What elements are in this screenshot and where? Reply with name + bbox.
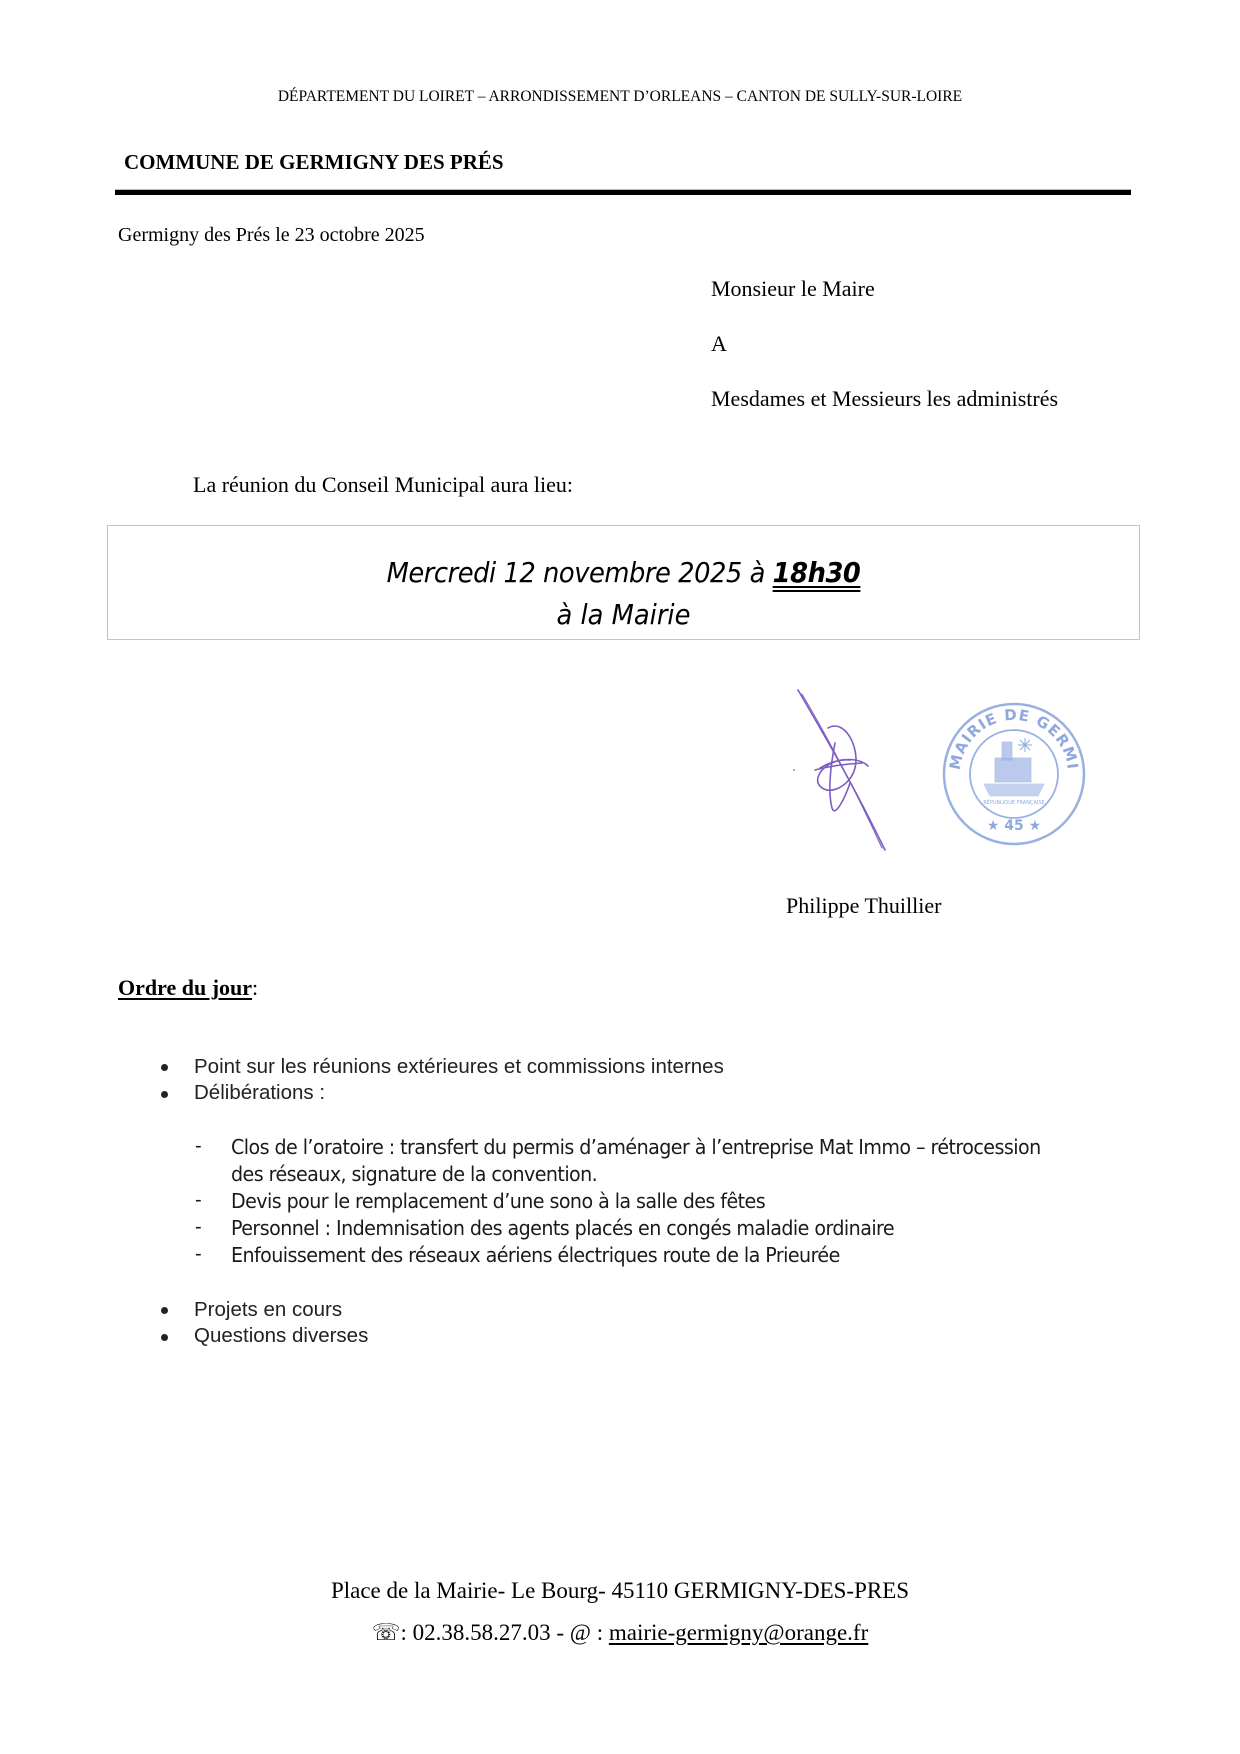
svg-text:RÉPUBLIQUE FRANÇAISE: RÉPUBLIQUE FRANÇAISE	[983, 798, 1044, 806]
dash-icon: -	[195, 1243, 202, 1266]
to-word: A	[711, 331, 727, 357]
dash-icon: -	[195, 1216, 202, 1239]
bullet-icon	[161, 1307, 168, 1314]
header-divider	[115, 189, 1131, 195]
place-date: Germigny des Prés le 23 octobre 2025	[118, 224, 425, 247]
meeting-box: Mercredi 12 novembre 2025 à 18h30 à la M…	[107, 525, 1140, 640]
meeting-time: 18h30	[773, 556, 861, 589]
agenda-heading: Ordre du jour:	[118, 975, 258, 1001]
signature-image	[790, 688, 900, 853]
agenda-title-colon: :	[252, 975, 258, 1000]
commune-title: COMMUNE DE GERMIGNY DES PRÉS	[124, 150, 504, 175]
dash-icon: -	[195, 1135, 202, 1158]
signer-name: Philippe Thuillier	[786, 893, 941, 919]
agenda-item: Délibérations :	[194, 1081, 325, 1105]
phone-icon: ☏	[372, 1620, 401, 1645]
dash-icon: -	[195, 1189, 202, 1212]
footer-contact: ☏: 02.38.58.27.03 - @ : mairie-germigny@…	[0, 1620, 1240, 1646]
agenda-title: Ordre du jour	[118, 975, 252, 1000]
agenda-item: Projets en cours	[194, 1298, 342, 1322]
official-stamp: MAIRIE DE GERMIGNY-des-PRÉS RÉPUBLIQUE F…	[940, 700, 1088, 848]
deliberation-item: Clos de l’oratoire : transfert du permis…	[231, 1135, 1041, 1159]
meeting-date-line: Mercredi 12 novembre 2025 à 18h30	[149, 556, 1098, 589]
bullet-icon	[161, 1064, 168, 1071]
meeting-date: Mercredi 12 novembre 2025 à	[387, 556, 773, 589]
email-link[interactable]: mairie-germigny@orange.fr	[609, 1620, 868, 1645]
agenda-item: Questions diverses	[194, 1324, 368, 1348]
phone-number: : 02.38.58.27.03 - @ :	[401, 1620, 609, 1645]
deliberation-item: Personnel : Indemnisation des agents pla…	[231, 1216, 894, 1240]
bullet-icon	[161, 1334, 168, 1341]
intro-text: La réunion du Conseil Municipal aura lie…	[193, 472, 573, 498]
sender: Monsieur le Maire	[711, 276, 875, 302]
deliberation-item-continued: des réseaux, signature de la convention.	[231, 1162, 597, 1186]
svg-text:★ 45 ★: ★ 45 ★	[987, 818, 1041, 834]
recipients: Mesdames et Messieurs les administrés	[711, 386, 1058, 412]
department-header: DÉPARTEMENT DU LOIRET – ARRONDISSEMENT D…	[0, 88, 1240, 106]
deliberation-item: Devis pour le remplacement d’une sono à …	[231, 1189, 765, 1213]
bullet-icon	[161, 1091, 168, 1098]
agenda-item: Point sur les réunions extérieures et co…	[194, 1055, 724, 1079]
deliberation-item: Enfouissement des réseaux aériens électr…	[231, 1243, 840, 1267]
meeting-location: à la Mairie	[149, 598, 1098, 631]
footer-address: Place de la Mairie- Le Bourg- 45110 GERM…	[0, 1578, 1240, 1604]
